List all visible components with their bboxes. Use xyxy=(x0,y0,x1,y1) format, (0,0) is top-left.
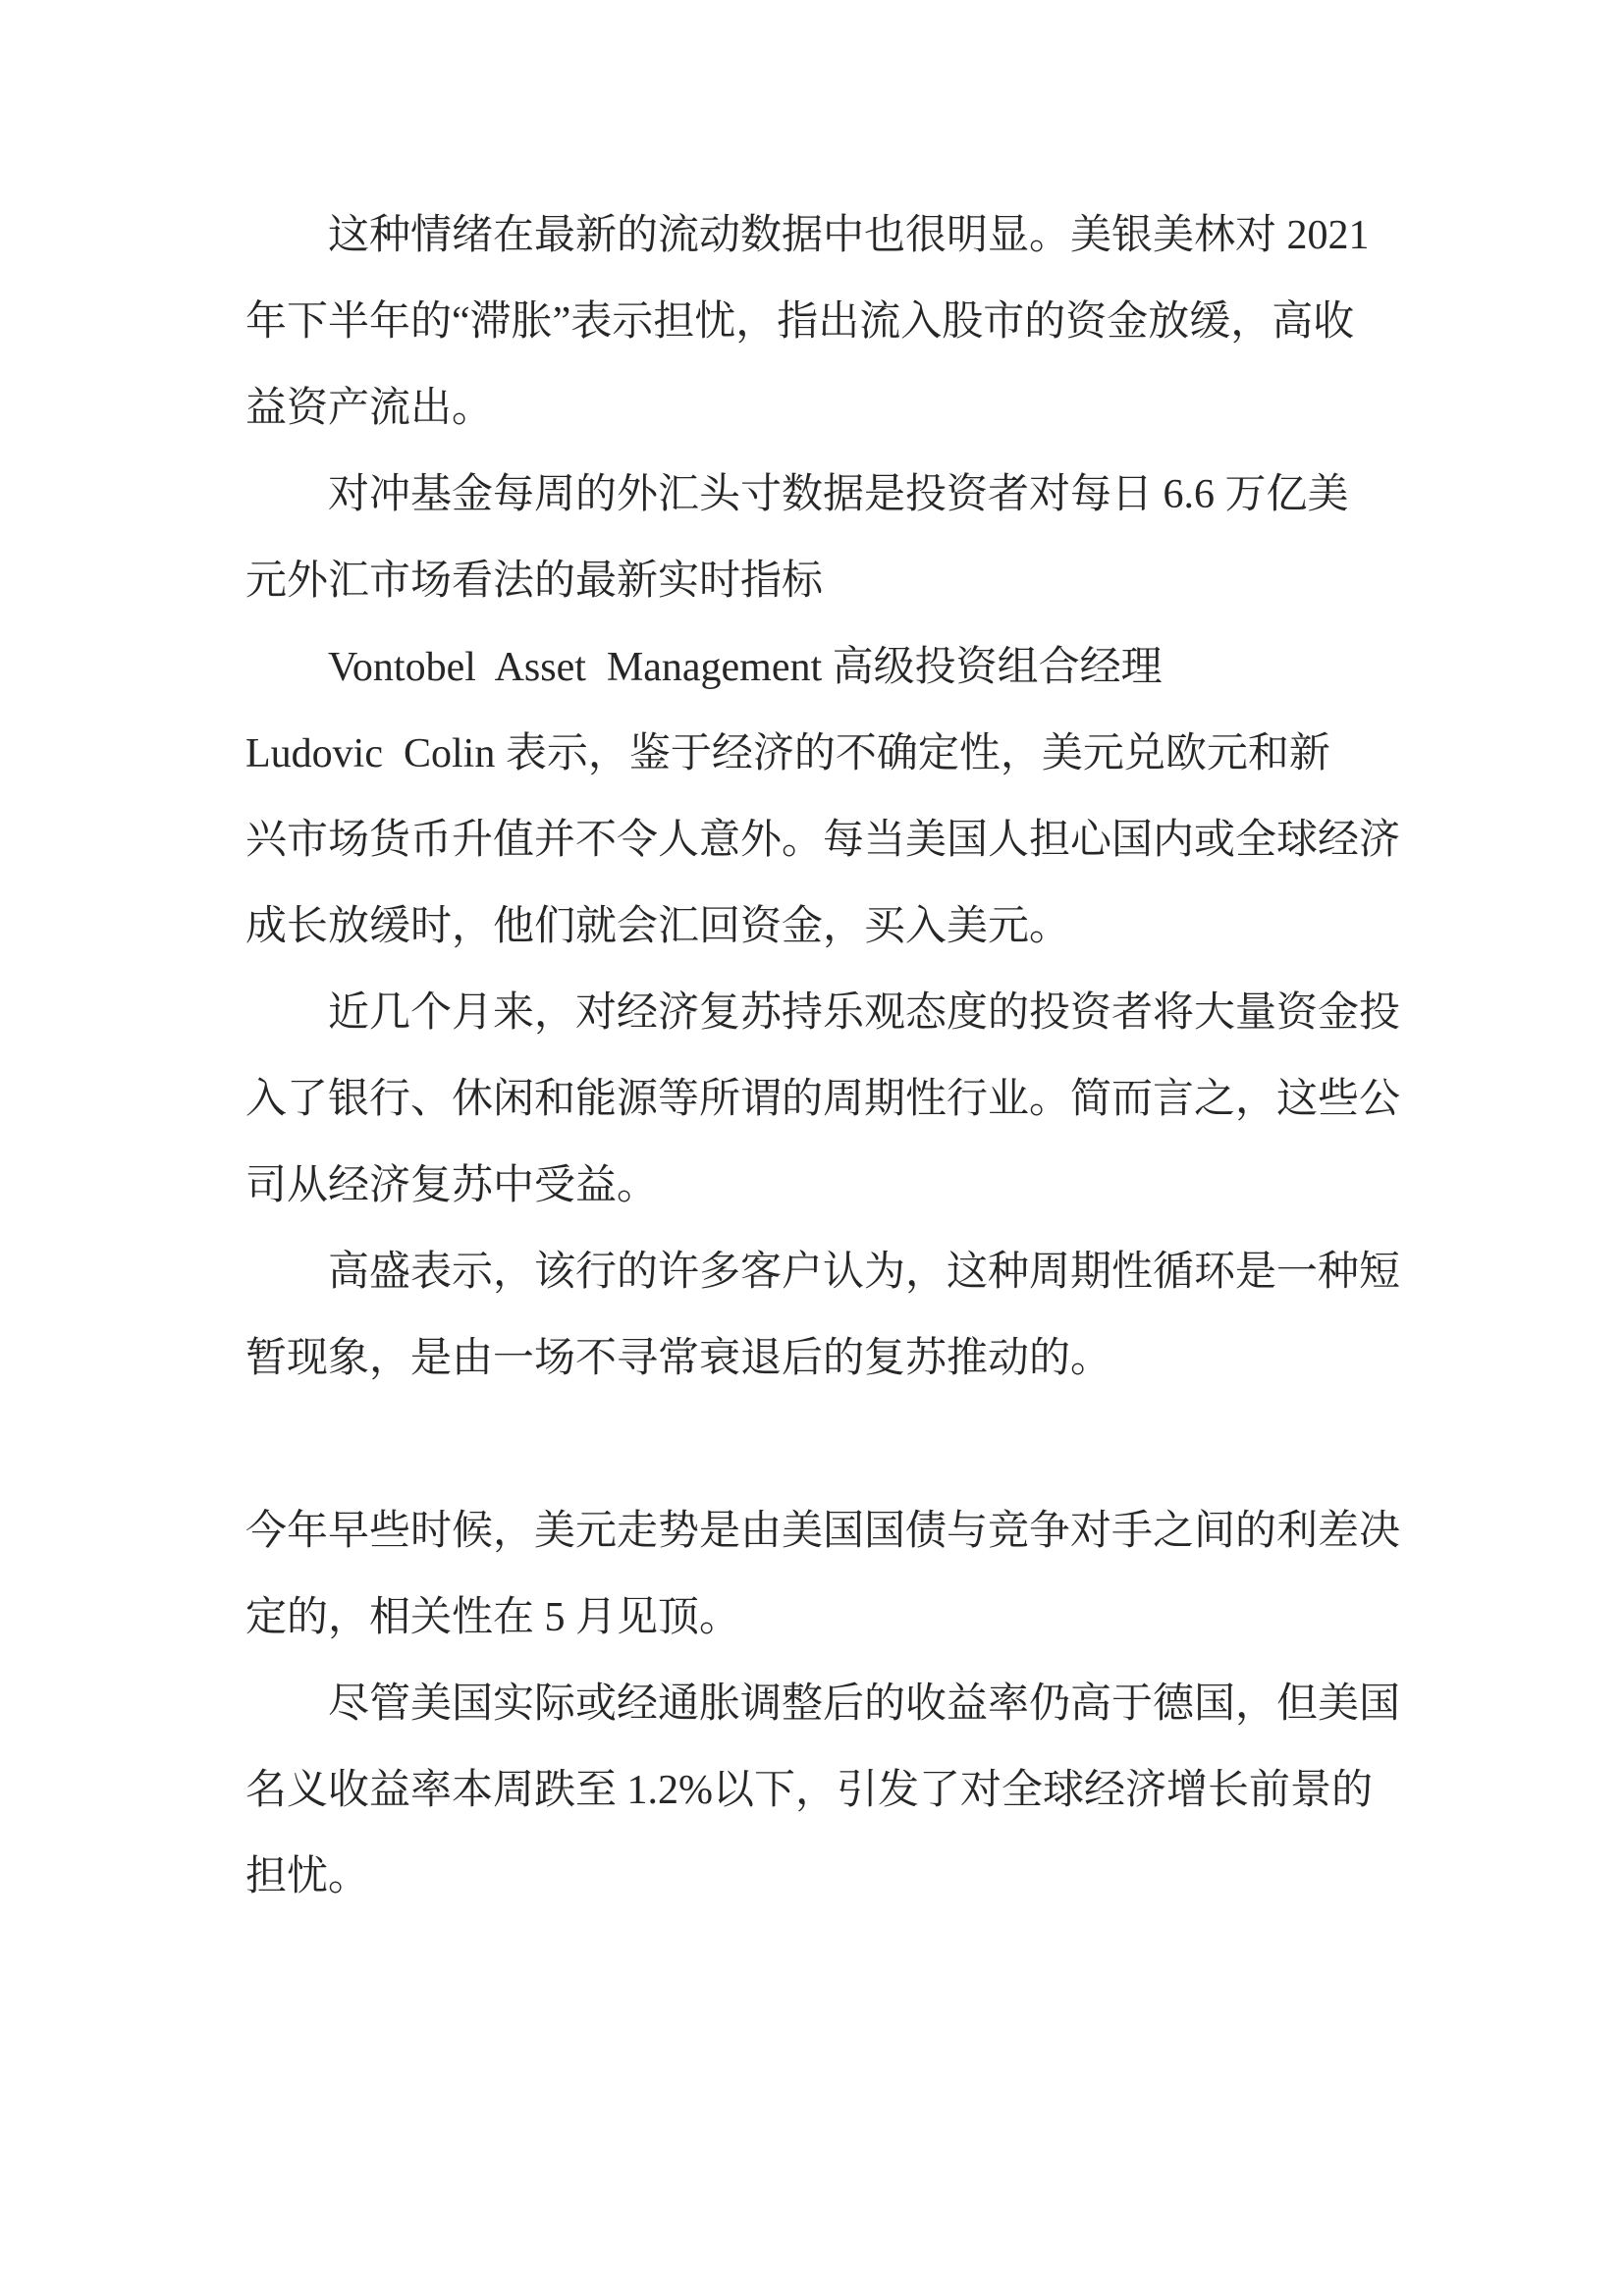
text-line: 近几个月来，对经济复苏持乐观态度的投资者将大量资金投 xyxy=(245,970,1438,1056)
document-page: 这种情绪在最新的流动数据中也很明显。美银美林对 2021 年下半年的“滞胀”表示… xyxy=(0,0,1624,2296)
text-line: 益资产流出。 xyxy=(245,365,1438,452)
text-line: 名义收益率本周跌至 1.2%以下，引发了对全球经济增长前景的 xyxy=(245,1747,1438,1834)
text-line: 对冲基金每周的外汇头寸数据是投资者对每日 6.6 万亿美 xyxy=(245,452,1438,538)
text-line: 今年早些时候，美元走势是由美国国债与竞争对手之间的利差决 xyxy=(245,1488,1438,1575)
text-line: 定的，相关性在 5 月见顶。 xyxy=(245,1575,1438,1661)
text-line: Ludovic Colin 表示，鉴于经济的不确定性，美元兑欧元和新 xyxy=(245,711,1438,797)
text-line: 成长放缓时，他们就会汇回资金，买入美元。 xyxy=(245,883,1438,970)
text-line: 这种情绪在最新的流动数据中也很明显。美银美林对 2021 xyxy=(245,192,1438,279)
text-line: 担忧。 xyxy=(245,1834,1438,1920)
text-line: Vontobel Asset Management 高级投资组合经理 xyxy=(245,624,1438,711)
text-line: 入了银行、休闲和能源等所谓的周期性行业。简而言之，这些公 xyxy=(245,1056,1438,1143)
text-line: 司从经济复苏中受益。 xyxy=(245,1143,1438,1229)
blank-line xyxy=(245,1402,1438,1488)
document-body: 这种情绪在最新的流动数据中也很明显。美银美林对 2021 年下半年的“滞胀”表示… xyxy=(245,192,1438,1920)
text-line: 兴市场货币升值并不令人意外。每当美国人担心国内或全球经济 xyxy=(245,797,1438,883)
text-line: 元外汇市场看法的最新实时指标 xyxy=(245,538,1438,624)
text-line: 高盛表示，该行的许多客户认为，这种周期性循环是一种短 xyxy=(245,1229,1438,1315)
text-line: 暂现象，是由一场不寻常衰退后的复苏推动的。 xyxy=(245,1315,1438,1402)
text-line: 年下半年的“滞胀”表示担忧，指出流入股市的资金放缓，高收 xyxy=(245,279,1438,365)
text-line: 尽管美国实际或经通胀调整后的收益率仍高于德国，但美国 xyxy=(245,1661,1438,1747)
